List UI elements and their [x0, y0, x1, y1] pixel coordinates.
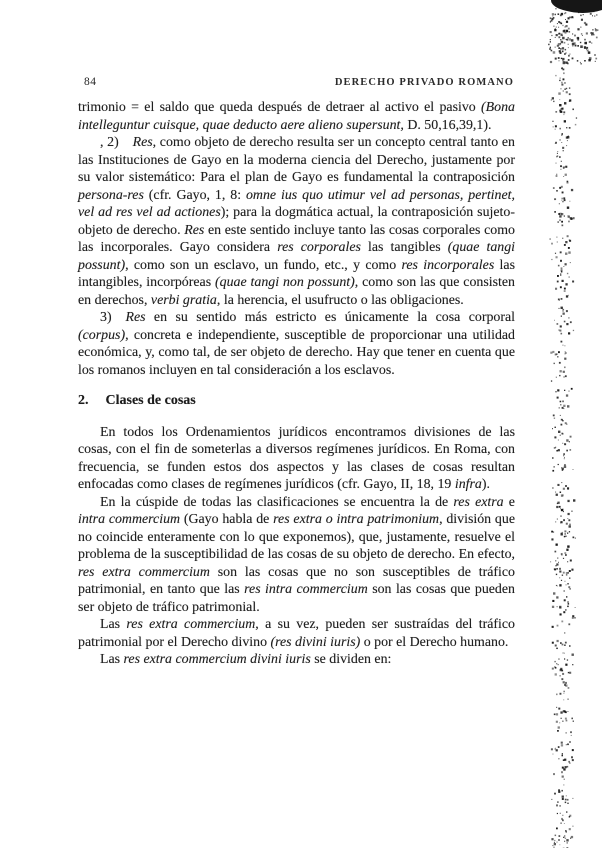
text-run: (Gayo habla de: [180, 512, 273, 527]
text-run: , concreta e independiente, susceptible …: [78, 328, 515, 378]
text-run: En la cúspide de todas las clasificacion…: [100, 495, 453, 510]
text-run: Res: [184, 223, 204, 238]
paragraph: , 2) Res, como objeto de derecho resulta…: [78, 134, 515, 309]
text-run: (res divini iuris): [270, 635, 360, 650]
paragraph: Las res extra commercium, a su vez, pued…: [78, 616, 515, 651]
text-run: res incorporales: [401, 258, 494, 273]
paragraph: 3) Res en su sentido más estricto es úni…: [78, 309, 515, 379]
text-run: res intra commercium: [244, 582, 368, 597]
scan-smudge-top-right: [551, 0, 602, 13]
page-body: trimonio = el saldo que queda después de…: [78, 99, 515, 669]
paragraph: En todos los Ordenamientos jurídicos enc…: [78, 424, 515, 494]
section-title: Clases de cosas: [106, 393, 196, 408]
text-run: , la herencia, el usufructo o las obliga…: [217, 293, 464, 308]
text-run: res extra o intra patrimonium: [273, 512, 439, 527]
text-run: (quae tangi non possunt): [215, 275, 355, 290]
text-run: (cfr. Gayo, 1, 8:: [144, 188, 246, 203]
book-page: 84 DERECHO PRIVADO ROMANO trimonio = el …: [0, 0, 602, 848]
text-run: res extra commercium divini iuris: [124, 652, 311, 667]
text-run: Res: [133, 135, 153, 150]
text-run: Las: [100, 652, 124, 667]
text-run: en su sentido más estricto es únicamente…: [146, 310, 515, 325]
running-head: DERECHO PRIVADO ROMANO: [335, 77, 514, 88]
text-run: , 2): [100, 135, 133, 150]
text-run: intra commercium: [78, 512, 180, 527]
text-run: D. 50,16,39,1).: [404, 118, 492, 133]
text-run: e: [504, 495, 515, 510]
text-run: 3): [100, 310, 125, 325]
text-run: (corpus): [78, 328, 125, 343]
section-heading: 2.Clases de cosas: [78, 392, 515, 410]
page-header: 84 DERECHO PRIVADO ROMANO: [84, 76, 514, 88]
text-run: ).: [482, 477, 490, 492]
text-run: En todos los Ordenamientos jurídicos enc…: [78, 425, 515, 493]
text-run: res corporales: [277, 240, 361, 255]
text-run: res extra commercium: [126, 617, 255, 632]
text-run: infra: [455, 477, 482, 492]
text-run: res extra commercium: [78, 565, 210, 580]
text-run: trimonio = el saldo que queda después de…: [78, 100, 481, 115]
section-number: 2.: [78, 392, 89, 410]
text-run: , como son un esclavo, un fundo, etc., y…: [125, 258, 401, 273]
text-run: Las: [100, 617, 126, 632]
paragraph: Las res extra commercium divini iuris se…: [78, 651, 515, 669]
text-run: las tangibles: [361, 240, 448, 255]
text-run: verbi gratia: [151, 293, 217, 308]
text-run: persona-res: [78, 188, 144, 203]
text-run: res extra: [453, 495, 503, 510]
paragraph: trimonio = el saldo que queda después de…: [78, 99, 515, 134]
text-run: se dividen en:: [311, 652, 392, 667]
text-run: Res: [125, 310, 145, 325]
paragraph: En la cúspide de todas las clasificacion…: [78, 494, 515, 617]
text-run: o por el Derecho humano.: [360, 635, 508, 650]
page-number: 84: [84, 76, 97, 88]
